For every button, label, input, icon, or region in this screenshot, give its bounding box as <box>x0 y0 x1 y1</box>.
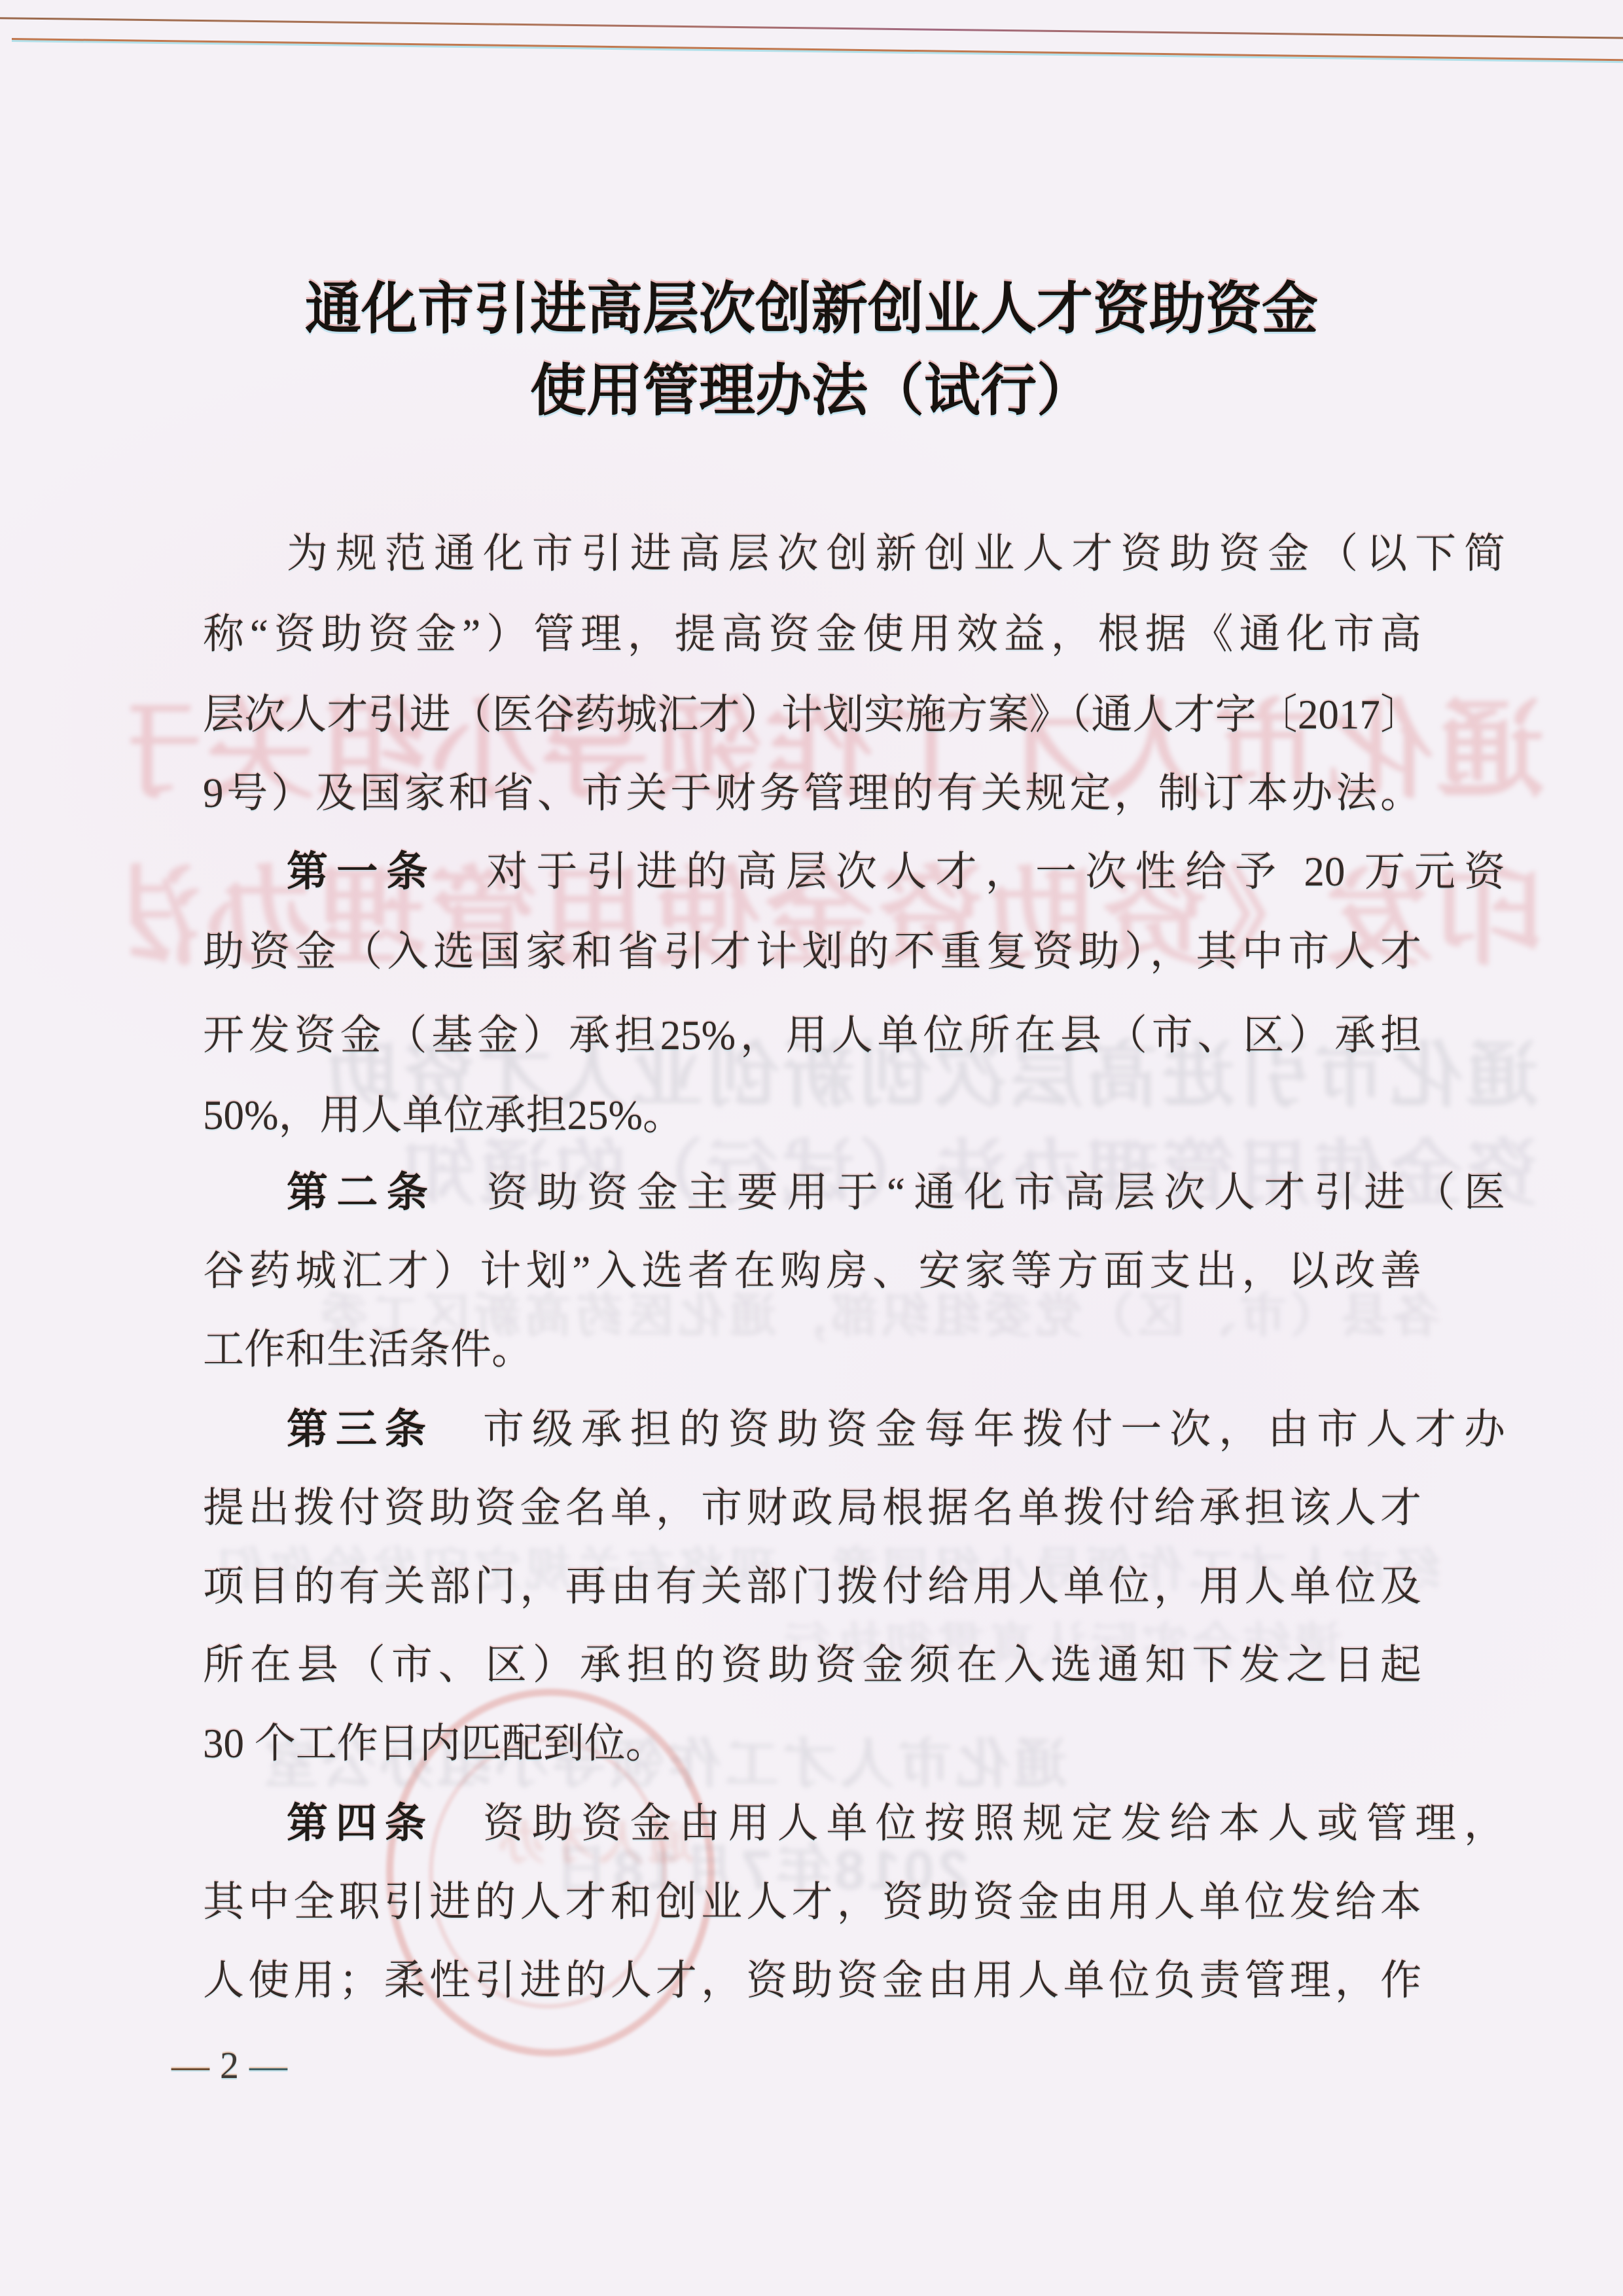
body-line: 工作和生活条件。 <box>203 1326 1421 1377</box>
body-line: 其中全职引进的人才和创业人才，资助资金由用人单位发给本 <box>203 1878 1421 1929</box>
body-line: 第一条 对于引进的高层次人才，一次性给予 20 万元资 <box>203 848 1505 899</box>
clause-number: 第一条 <box>287 849 437 895</box>
body-line: 层次人才引进（医谷药城汇才）计划实施方案》（通人才字〔2017〕 <box>203 691 1421 742</box>
body-line: 开发资金（基金）承担25%，用人单位所在县（市、区）承担 <box>203 1012 1421 1063</box>
body-line: 9号）及国家和省、市关于财务管理的有关规定，制订本办法。 <box>203 770 1421 821</box>
page: 通化市人才工作领导小组关于印发《资助资金使用管理办法》通化市引进高层次创新创业人… <box>0 0 1623 2296</box>
clause-number: 第二条 <box>287 1170 437 1215</box>
clause-number: 第四条 <box>287 1801 434 1846</box>
body-line: 50%，用人单位承担25%。 <box>203 1092 1421 1143</box>
page-number-value: 2 <box>220 2043 239 2087</box>
document-title-line2: 使用管理办法（试行） <box>0 359 1623 422</box>
body-line: 称“资助资金”）管理，提高资金使用效益，根据《通化市高 <box>203 611 1421 662</box>
page-number-dash-left: — <box>171 2043 209 2087</box>
body-line: 所在县（市、区）承担的资助资金须在入选通知下发之日起 <box>203 1641 1421 1693</box>
body-line: 助资金（入选国家和省引才计划的不重复资助），其中市人才 <box>203 928 1421 979</box>
page-number: — 2 — <box>171 2043 287 2087</box>
page-number-dash-right: — <box>249 2043 287 2087</box>
body-line: 谷药城汇才）计划”入选者在购房、安家等方面支出，以改善 <box>203 1247 1421 1299</box>
body-line: 第三条 市级承担的资助资金每年拨付一次，由市人才办 <box>203 1406 1505 1457</box>
scan-edge-line-top <box>0 17 1623 40</box>
body-line: 30 个工作日内匹配到位。 <box>203 1720 1421 1771</box>
document-title-line1: 通化市引进高层次创新创业人才资助资金 <box>0 278 1623 340</box>
scan-edge-line-second <box>12 38 1623 62</box>
body-line: 提出拨付资助资金名单，市财政局根据名单拨付给承担该人才 <box>203 1484 1421 1535</box>
body-line: 为规范通化市引进高层次创新创业人才资助资金（以下简 <box>203 530 1505 581</box>
body-line: 第二条 资助资金主要用于“通化市高层次人才引进（医 <box>203 1169 1505 1220</box>
clause-number: 第三条 <box>287 1407 434 1452</box>
body-line: 人使用；柔性引进的人才，资助资金由用人单位负责管理，作 <box>203 1957 1421 2008</box>
body-line: 第四条 资助资金由用人单位按照规定发给本人或管理， <box>203 1800 1505 1851</box>
body-line: 项目的有关部门，再由有关部门拨付给用人单位，用人单位及 <box>203 1563 1421 1614</box>
